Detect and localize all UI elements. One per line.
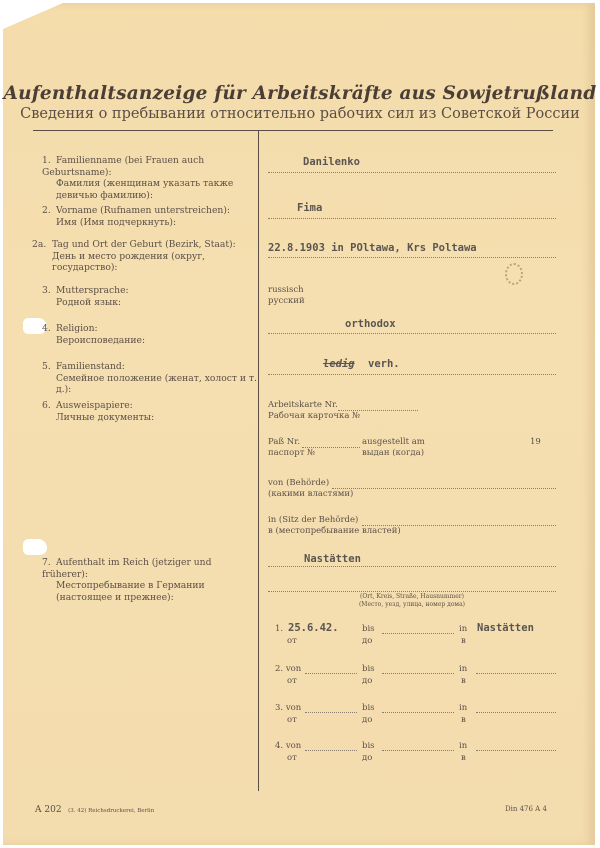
- title-german: Aufenthaltsanzeige für Arbeitskräfte aus…: [0, 83, 600, 104]
- birth-value[interactable]: 22.8.1903 in POltawa, Krs Poltawa: [268, 242, 477, 254]
- punch-hole: [23, 539, 47, 555]
- field-surname-label: 1.Familienname (bei Frauen auch Geburtsn…: [42, 155, 257, 201]
- field-religion-label: 4.Religion: Вероисповедание:: [42, 323, 257, 346]
- firstname-value[interactable]: Fima: [297, 202, 322, 214]
- mothertongue-value[interactable]: russisch русский: [268, 285, 305, 307]
- passport-line[interactable]: [302, 447, 360, 448]
- stain-mark: [505, 263, 523, 285]
- row2-from-line[interactable]: [305, 673, 357, 674]
- row4-place-line[interactable]: [476, 750, 556, 751]
- authority-label: von (Behörde) (какими властями): [268, 478, 353, 500]
- residence-caption: (Ort, Kreis, Straße, Hausnummer) (Место,…: [268, 593, 556, 608]
- row2-to-line[interactable]: [382, 673, 454, 674]
- header-divider: [33, 130, 553, 131]
- marital-struck-value: ledig: [323, 358, 355, 370]
- row3-place-line[interactable]: [476, 712, 556, 713]
- residence-line: [268, 566, 556, 567]
- surname-value[interactable]: Danilenko: [303, 156, 360, 168]
- field-mothertongue-label: 3.Muttersprache: Родной язык:: [42, 285, 257, 308]
- residence-value[interactable]: Nastätten: [304, 553, 361, 565]
- field-marital-label: 5.Familienstand: Семейное положение (жен…: [42, 361, 257, 396]
- birth-line: [268, 257, 556, 258]
- year-prefix: 19: [530, 437, 541, 448]
- field-residence-label: 7.Aufenthalt im Reich (jetziger und früh…: [42, 557, 257, 603]
- form-number: A 202 (3. 42) Reichsdruckerei, Berlin: [35, 805, 154, 815]
- authority-seat-line[interactable]: [362, 525, 556, 526]
- torn-corner: [3, 3, 63, 29]
- din-format: Din 476 A 4: [505, 805, 547, 813]
- row1-from-value[interactable]: 25.6.42.: [288, 622, 339, 634]
- authority-line[interactable]: [332, 488, 556, 489]
- field-idpapers-label: 6.Ausweispapiere: Личные документы:: [42, 400, 257, 423]
- authority-seat-label: in (Sitz der Behörde) в (местопребывание…: [268, 515, 401, 537]
- column-divider: [258, 131, 259, 791]
- issued-label: ausgestellt am выдан (когда): [362, 437, 425, 459]
- row1-to-line[interactable]: [382, 633, 454, 634]
- field-birth-label: 2a.Tag und Ort der Geburt (Bezirk, Staat…: [32, 239, 257, 274]
- field-firstname-label: 2.Vorname (Rufnamen unterstreichen): Имя…: [42, 205, 257, 228]
- religion-line: [268, 333, 556, 334]
- row3-to-line[interactable]: [382, 712, 454, 713]
- marital-line: [268, 374, 556, 375]
- title-russian: Сведения о пребывании относительно рабоч…: [0, 106, 600, 122]
- row1-place-value[interactable]: Nastätten: [477, 622, 534, 634]
- row3-from-line[interactable]: [305, 712, 357, 713]
- workcard-label: Arbeitskarte Nr. Рабочая карточка №: [268, 400, 360, 422]
- row4-to-line[interactable]: [382, 750, 454, 751]
- row4-from-line[interactable]: [305, 750, 357, 751]
- row2-place-line[interactable]: [476, 673, 556, 674]
- marital-value[interactable]: verh.: [368, 358, 400, 370]
- surname-line: [268, 172, 556, 173]
- firstname-line: [268, 218, 556, 219]
- passport-label: Paß Nr. паспорт №: [268, 437, 315, 459]
- workcard-line[interactable]: [338, 410, 418, 411]
- residence-line-2[interactable]: [268, 591, 556, 592]
- religion-value[interactable]: orthodox: [345, 318, 396, 330]
